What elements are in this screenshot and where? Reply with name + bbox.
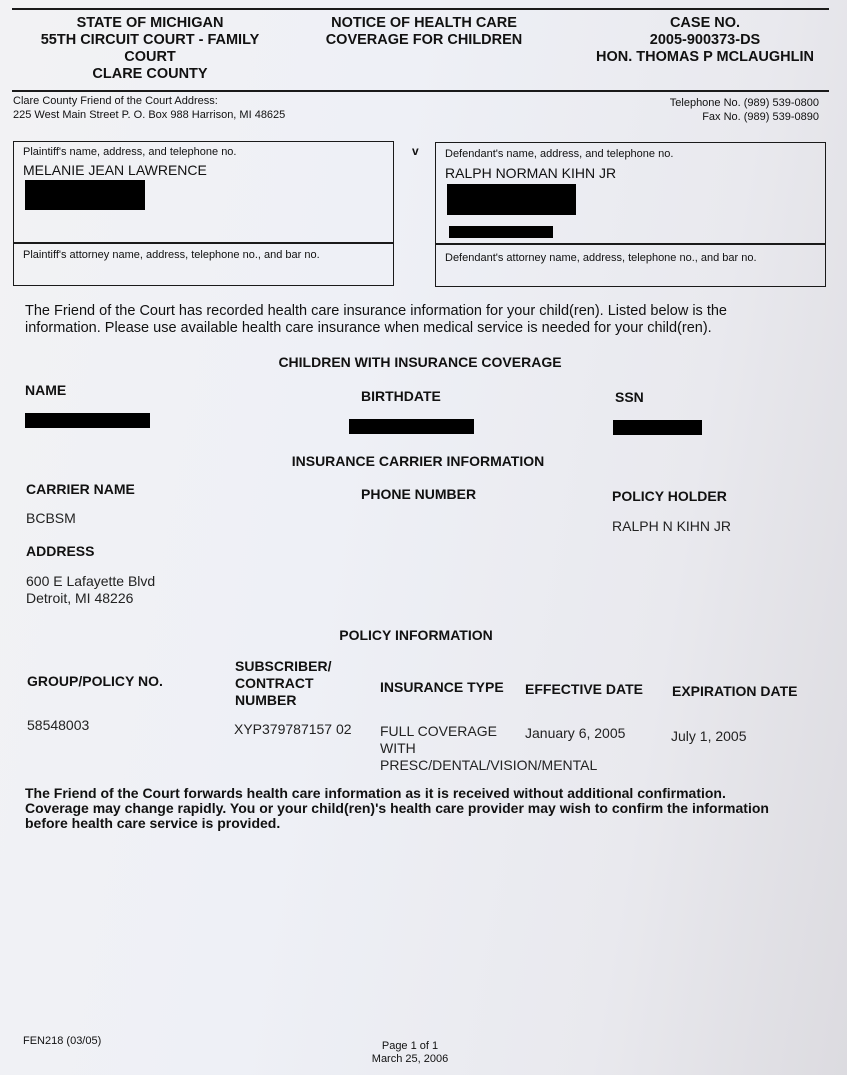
- group-policy-header: GROUP/POLICY NO.: [27, 673, 163, 690]
- disclaimer-notice: The Friend of the Court forwards health …: [25, 786, 775, 831]
- subscriber-number: XYP379787157 02: [234, 721, 352, 738]
- plaintiff-attorney-label: Plaintiff's attorney name, address, tele…: [23, 249, 320, 261]
- redacted-child-name: [25, 413, 150, 428]
- plaintiff-box: Plaintiff's name, address, and telephone…: [13, 141, 394, 286]
- insurance-type-line: WITH: [380, 740, 597, 757]
- plaintiff-divider: [14, 242, 393, 244]
- defendant-label: Defendant's name, address, and telephone…: [445, 148, 673, 160]
- subscriber-header-line: CONTRACT: [235, 675, 331, 692]
- defendant-attorney-label: Defendant's attorney name, address, tele…: [445, 252, 757, 264]
- plaintiff-name: MELANIE JEAN LAWRENCE: [23, 162, 207, 178]
- form-id: FEN218 (03/05): [23, 1035, 101, 1048]
- policy-holder-header: POLICY HOLDER: [612, 488, 727, 505]
- carrier-name: BCBSM: [26, 510, 76, 527]
- expiration-date-header: EXPIRATION DATE: [672, 683, 798, 700]
- effective-date-header: EFFECTIVE DATE: [525, 681, 643, 698]
- foc-telephone: Telephone No. (989) 539-0800: [670, 96, 819, 110]
- policy-section-title: POLICY INFORMATION: [0, 627, 832, 643]
- foc-address: Clare County Friend of the Court Address…: [13, 94, 285, 122]
- redacted-plaintiff-address: [25, 180, 145, 210]
- defendant-box: Defendant's name, address, and telephone…: [435, 142, 826, 287]
- court-line: STATE OF MICHIGAN: [20, 15, 280, 32]
- insurance-type-line: PRESC/DENTAL/VISION/MENTAL: [380, 757, 597, 774]
- foc-address-label: Clare County Friend of the Court Address…: [13, 94, 285, 108]
- carrier-address-line1: 600 E Lafayette Blvd: [26, 573, 155, 590]
- effective-date: January 6, 2005: [525, 725, 625, 742]
- group-policy-number: 58548003: [27, 717, 89, 734]
- court-line: 55TH CIRCUIT COURT - FAMILY: [20, 32, 280, 49]
- versus-marker: v: [412, 144, 419, 158]
- child-name-header: NAME: [25, 382, 66, 399]
- carrier-phone-header: PHONE NUMBER: [361, 486, 476, 503]
- child-birthdate-header: BIRTHDATE: [361, 388, 441, 405]
- defendant-divider: [436, 243, 825, 245]
- policy-holder: RALPH N KIHN JR: [612, 518, 731, 535]
- carrier-address-header: ADDRESS: [26, 543, 94, 560]
- document-title: NOTICE OF HEALTH CARE COVERAGE FOR CHILD…: [300, 15, 548, 49]
- redacted-child-birthdate: [349, 419, 474, 434]
- page-info: Page 1 of 1 March 25, 2006: [340, 1040, 480, 1066]
- judge-name: HON. THOMAS P MCLAUGHLIN: [575, 49, 835, 66]
- court-name: STATE OF MICHIGAN 55TH CIRCUIT COURT - F…: [20, 15, 280, 83]
- redacted-defendant-address: [447, 184, 576, 215]
- court-line: COURT: [20, 49, 280, 66]
- intro-paragraph: The Friend of the Court has recorded hea…: [25, 303, 765, 337]
- defendant-name: RALPH NORMAN KIHN JR: [445, 165, 616, 181]
- page-number: Page 1 of 1: [340, 1040, 480, 1053]
- redacted-defendant-phone: [449, 226, 553, 238]
- carrier-name-header: CARRIER NAME: [26, 481, 135, 498]
- subscriber-header-line: SUBSCRIBER/: [235, 658, 331, 675]
- children-section-title: CHILDREN WITH INSURANCE COVERAGE: [0, 354, 840, 370]
- case-info: CASE NO. 2005-900373-DS HON. THOMAS P MC…: [575, 15, 835, 66]
- insurance-type-header: INSURANCE TYPE: [380, 679, 504, 696]
- child-ssn-header: SSN: [615, 389, 644, 406]
- document-date: March 25, 2006: [340, 1053, 480, 1066]
- top-rule: [12, 8, 829, 10]
- foc-fax: Fax No. (989) 539-0890: [670, 110, 819, 124]
- foc-contact: Telephone No. (989) 539-0800 Fax No. (98…: [670, 96, 819, 124]
- plaintiff-label: Plaintiff's name, address, and telephone…: [23, 146, 237, 158]
- subscriber-header-line: NUMBER: [235, 692, 331, 709]
- foc-address-value: 225 West Main Street P. O. Box 988 Harri…: [13, 108, 285, 122]
- header-rule: [12, 90, 829, 92]
- subscriber-header: SUBSCRIBER/ CONTRACT NUMBER: [235, 658, 331, 709]
- title-line: COVERAGE FOR CHILDREN: [300, 32, 548, 49]
- expiration-date: July 1, 2005: [671, 728, 747, 745]
- carrier-address-line2: Detroit, MI 48226: [26, 590, 133, 607]
- carrier-section-title: INSURANCE CARRIER INFORMATION: [0, 453, 836, 469]
- title-line: NOTICE OF HEALTH CARE: [300, 15, 548, 32]
- redacted-child-ssn: [613, 420, 702, 435]
- case-number: 2005-900373-DS: [575, 32, 835, 49]
- case-label: CASE NO.: [575, 15, 835, 32]
- court-line: CLARE COUNTY: [20, 66, 280, 83]
